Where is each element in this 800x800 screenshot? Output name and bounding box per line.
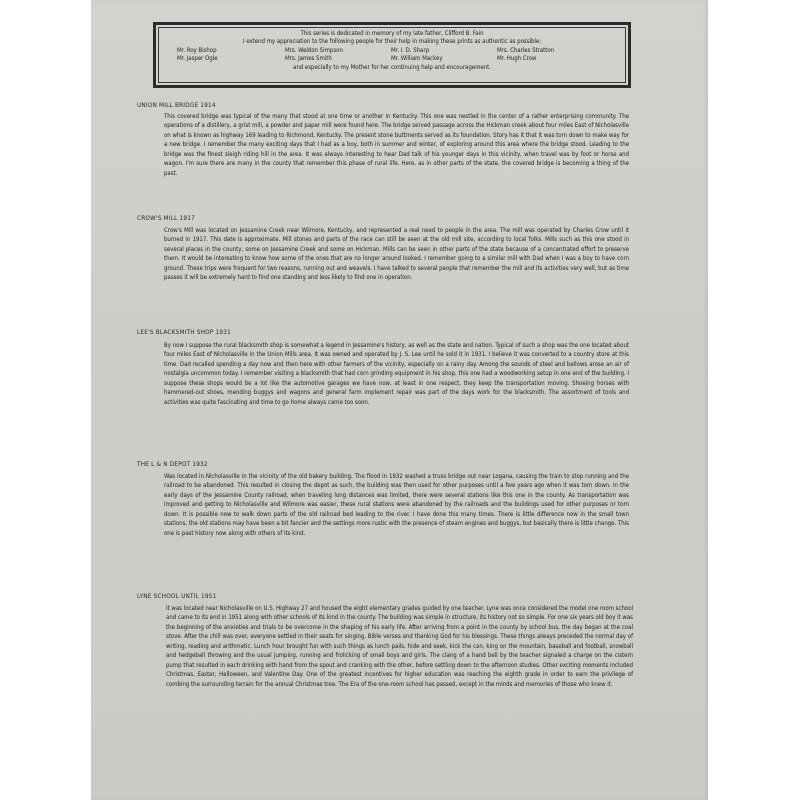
section-body-ln-depot: Was located in Nicholasville in the vici… xyxy=(164,472,629,538)
section-heading-union-mill-bridge: UNION MILL BRIDGE 1914 xyxy=(137,101,216,109)
acknowledged-name: Mr. I. D. Sharp xyxy=(391,47,497,55)
acknowledged-name: Mr. William Mackey xyxy=(391,55,497,63)
dedication-inner-frame: This series is dedicated in memory of my… xyxy=(158,27,626,83)
acknowledged-name: Mr. Hugh Crow xyxy=(497,55,617,63)
section-heading-ln-depot: THE L & N DEPOT 1932 xyxy=(137,460,208,468)
section-heading-lees-blacksmith-shop: LEE'S BLACKSMITH SHOP 1931 xyxy=(137,328,231,336)
section-body-crows-mill: Crow's Mill was located on Jessamine Cre… xyxy=(164,226,629,283)
acknowledged-name: Mrs. Charles Stratton xyxy=(497,47,617,55)
section-heading-lyne-school: LYNE SCHOOL UNTIL 1951 xyxy=(137,592,216,600)
section-body-union-mill-bridge: This covered bridge was typical of the m… xyxy=(164,112,629,178)
dedication-box: This series is dedicated in memory of my… xyxy=(153,22,631,88)
acknowledged-name: Mr. Jasper Ogle xyxy=(177,55,285,63)
dedication-memorial-line: This series is dedicated in memory of my… xyxy=(165,30,619,38)
dedication-appreciation-line: I extend my appreciation to the followin… xyxy=(165,38,619,46)
acknowledged-name: Mr. Roy Bishop xyxy=(177,47,285,55)
dedication-closing-line: and especially to my Mother for her cont… xyxy=(165,64,619,72)
acknowledged-name: Mrs. James Smith xyxy=(285,55,391,63)
acknowledged-name: Mrs. Weldon Simpson xyxy=(285,47,391,55)
section-body-lees-blacksmith-shop: By now I suppose the rural blacksmith sh… xyxy=(164,341,629,407)
document-page: This series is dedicated in memory of my… xyxy=(91,0,708,800)
section-heading-crows-mill: CROW'S MILL 1917 xyxy=(137,214,195,222)
section-body-lyne-school: It was located near Nicholasville on U.S… xyxy=(166,604,633,689)
acknowledged-names: Mr. Roy Bishop Mrs. Weldon Simpson Mr. I… xyxy=(165,47,619,64)
